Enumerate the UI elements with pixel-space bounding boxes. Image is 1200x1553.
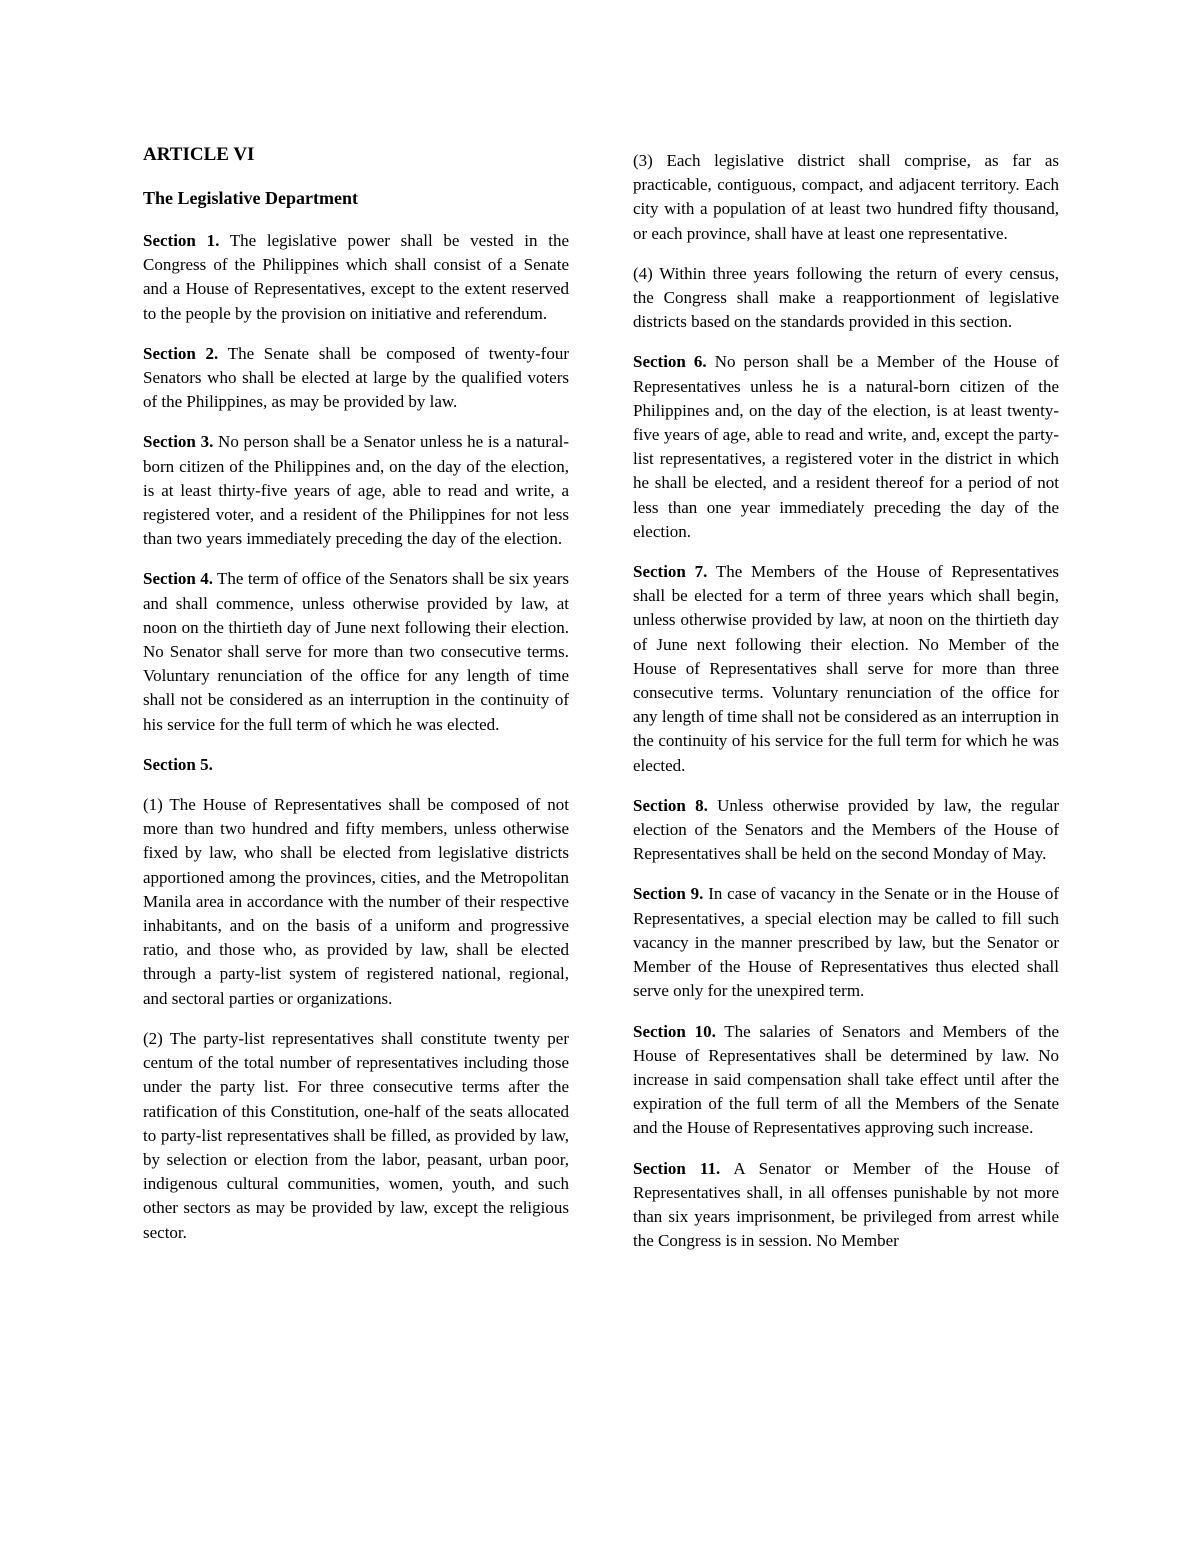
paragraph-text: The term of office of the Senators shall… <box>143 569 569 733</box>
section-paragraph: Section 9. In case of vacancy in the Sen… <box>633 882 1059 1003</box>
section-label: Section 8. <box>633 796 708 815</box>
left-column-paragraphs: Section 1. The legislative power shall b… <box>143 229 569 1245</box>
paragraph-text: (2) The party-list representatives shall… <box>143 1029 569 1242</box>
section-paragraph: Section 11. A Senator or Member of the H… <box>633 1157 1059 1254</box>
section-label: Section 3. <box>143 432 213 451</box>
section-label: Section 6. <box>633 352 707 371</box>
section-label: Section 5. <box>143 755 213 774</box>
section-label: Section 2. <box>143 344 218 363</box>
section-label: Section 10. <box>633 1022 716 1041</box>
article-subtitle: The Legislative Department <box>143 186 569 210</box>
paragraph-text: No person shall be a Member of the House… <box>633 352 1059 540</box>
section-label: Section 9. <box>633 884 703 903</box>
section-paragraph: Section 1. The legislative power shall b… <box>143 229 569 326</box>
paragraph-text: The Members of the House of Representati… <box>633 562 1059 775</box>
paragraph-text: (1) The House of Representatives shall b… <box>143 795 569 1008</box>
section-paragraph: Section 6. No person shall be a Member o… <box>633 350 1059 544</box>
section-paragraph: Section 8. Unless otherwise provided by … <box>633 794 1059 867</box>
document-page: ARTICLE VI The Legislative Department Se… <box>0 0 1200 1553</box>
section-label: Section 4. <box>143 569 213 588</box>
body-paragraph: (3) Each legislative district shall comp… <box>633 149 1059 246</box>
left-column: ARTICLE VI The Legislative Department Se… <box>143 143 569 1261</box>
section-label: Section 1. <box>143 231 219 250</box>
section-label: Section 7. <box>633 562 707 581</box>
section-paragraph: Section 10. The salaries of Senators and… <box>633 1020 1059 1141</box>
paragraph-text: (3) Each legislative district shall comp… <box>633 151 1059 243</box>
article-title: ARTICLE VI <box>143 143 569 167</box>
section-paragraph: Section 5. <box>143 753 569 777</box>
body-paragraph: (1) The House of Representatives shall b… <box>143 793 569 1011</box>
section-paragraph: Section 3. No person shall be a Senator … <box>143 430 569 551</box>
body-paragraph: (2) The party-list representatives shall… <box>143 1027 569 1245</box>
paragraph-text: (4) Within three years following the ret… <box>633 264 1059 331</box>
section-paragraph: Section 7. The Members of the House of R… <box>633 560 1059 778</box>
section-label: Section 11. <box>633 1159 720 1178</box>
section-paragraph: Section 4. The term of office of the Sen… <box>143 567 569 736</box>
body-paragraph: (4) Within three years following the ret… <box>633 262 1059 335</box>
section-paragraph: Section 2. The Senate shall be composed … <box>143 342 569 415</box>
right-column: (3) Each legislative district shall comp… <box>633 149 1059 1269</box>
